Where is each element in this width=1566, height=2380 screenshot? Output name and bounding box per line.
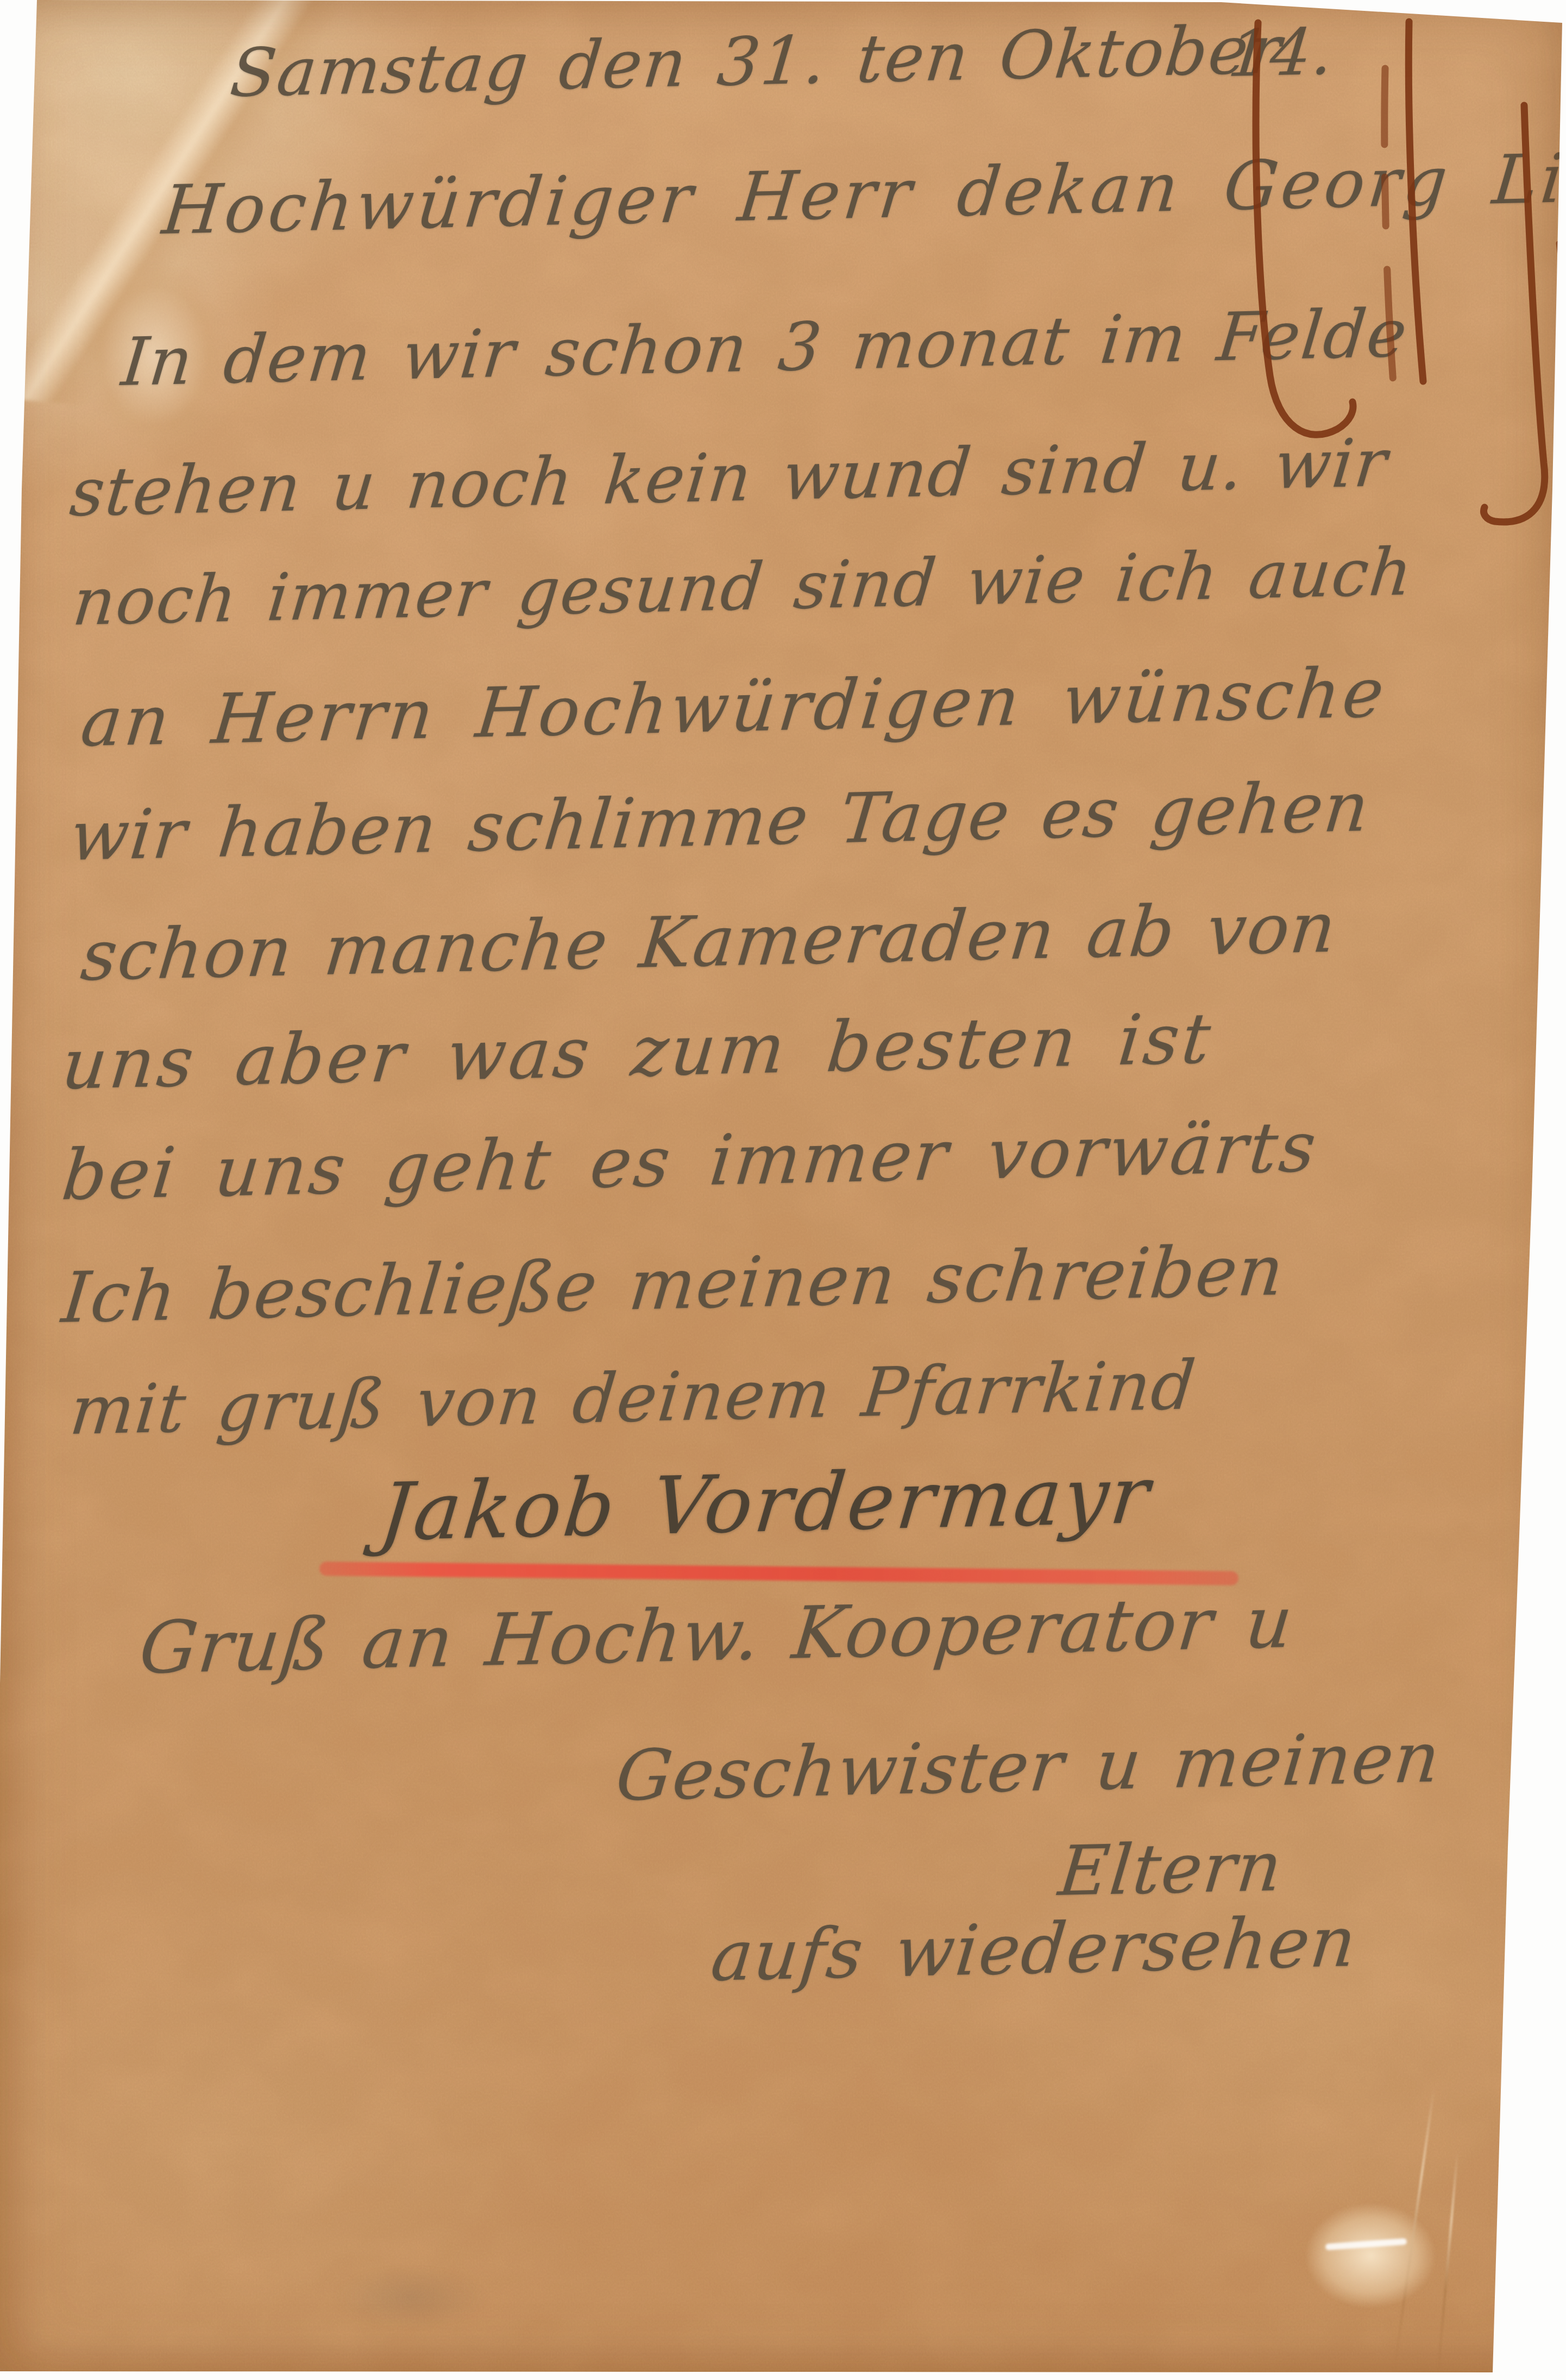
scanned-letter: Samstag den 31. ten Oktober 14. Hochwürd…: [0, 0, 1566, 2380]
paper-scuff: [1325, 2238, 1407, 2250]
paper-crease: [65, 239, 244, 473]
handwriting-salutation: Hochwürdiger Herr dekan Georg Lind: [159, 137, 1566, 250]
paper-crease: [1436, 2151, 1458, 2380]
paper-scuff: [1286, 2188, 1455, 2324]
paper-crease: [1392, 2087, 1435, 2377]
handwriting-date: Samstag den 31. ten Oktober: [227, 11, 1286, 112]
handwriting-line: schon manche Kameraden ab von: [78, 887, 1341, 997]
handwriting-line: uns aber was zum besten ist: [59, 998, 1217, 1105]
handwriting-line: stehen u noch kein wund sind u. wir: [67, 424, 1392, 531]
handwriting-postscript: Eltern: [1055, 1826, 1286, 1911]
postcard-paper: Samstag den 31. ten Oktober 14. Hochwürd…: [0, 0, 1566, 2380]
handwriting-line: Ich beschließe meinen schreiben: [59, 1230, 1288, 1339]
handwriting-line: In dem wir schon 3 monat im Felde: [118, 294, 1411, 401]
handwriting-postscript: Geschwister u meinen: [613, 1717, 1444, 1817]
handwriting-date-year: 14.: [1225, 14, 1337, 91]
handwriting-line: noch immer gesund sind wie ich auch: [70, 534, 1417, 640]
handwriting-line: mit gruß von deinem Pfarrkind: [67, 1346, 1200, 1450]
handwriting-postscript: Gruß an Hochw. Kooperator u: [136, 1581, 1297, 1691]
handwriting-line: wir haben schlimme Tage es gehen: [67, 767, 1374, 877]
pencil-smudge: [301, 2254, 519, 2341]
paper-crease: [0, 0, 361, 426]
paper-texture-fiber: [0, 0, 1566, 2380]
ink-tally-marks: [0, 0, 1566, 2380]
handwriting-signature: Jakob Vordermayr: [375, 1449, 1155, 1559]
handwriting-layer: Samstag den 31. ten Oktober 14. Hochwürd…: [0, 0, 1566, 2380]
handwriting-line: bei uns geht es immer vorwärts: [59, 1106, 1322, 1216]
signature-underline: [319, 1562, 1238, 1585]
paper-texture-mottle: [0, 0, 1566, 2380]
handwriting-line: an Herrn Hochwürdigen wünsche: [78, 652, 1391, 762]
handwriting-postscript: aufs wiedersehen: [708, 1902, 1361, 1997]
